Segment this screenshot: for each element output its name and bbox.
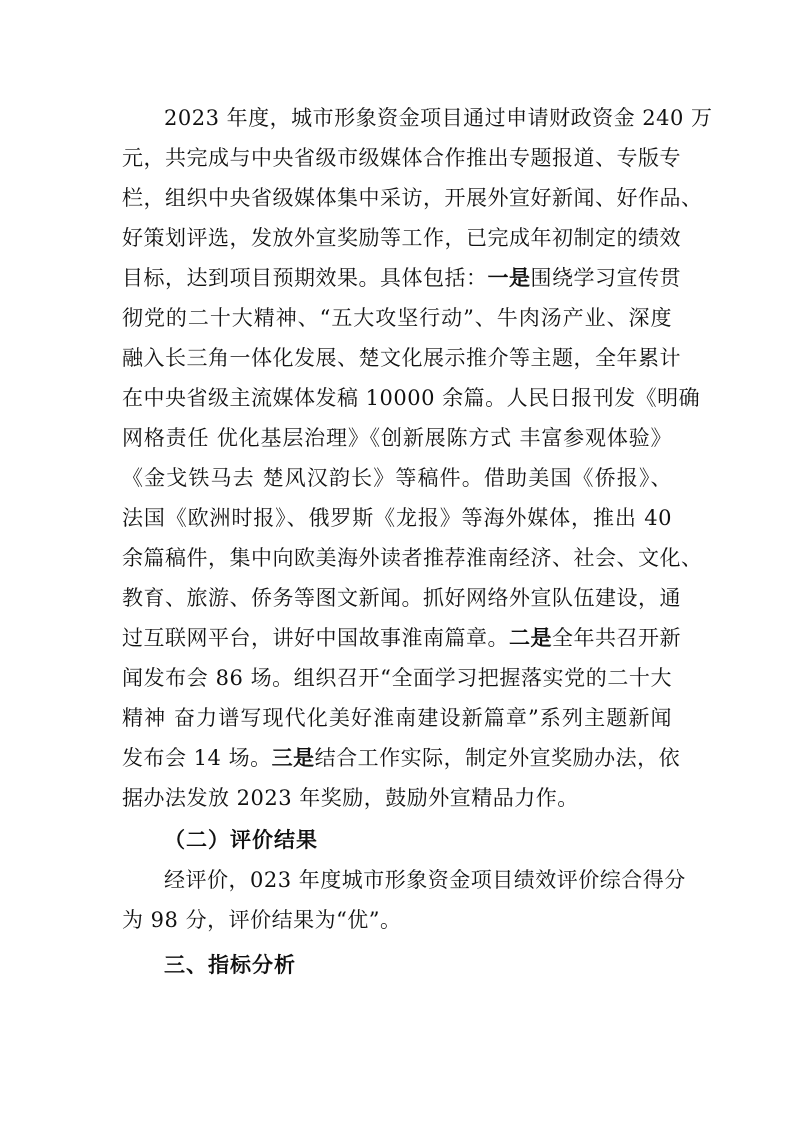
body-line: 在中央省级主流媒体发稿 10000 余篇。人民日报刊发《明确 (122, 378, 672, 418)
body-line: 经评价，023 年度城市形象资金项目绩效评价综合得分 (164, 860, 672, 900)
emphasis-third: 三是 (272, 746, 315, 770)
body-line: 发布会 14 场。三是结合工作实际，制定外宣奖励办法，依 (122, 738, 672, 778)
text-run: 围绕学习宣传贯 (531, 266, 682, 290)
document-page: 2023 年度，城市形象资金项目通过申请财政资金 240 万 元，共完成与中央省… (0, 0, 793, 1122)
text-run: 过互联网平台，讲好中国故事淮南篇章。 (122, 626, 509, 650)
body-line: 闻发布会 86 场。组织召开“全面学习把握落实党的二十大 (122, 658, 672, 698)
body-line: 目标，达到项目预期效果。具体包括：一是围绕学习宣传贯 (122, 258, 672, 298)
body-line: 余篇稿件，集中向欧美海外读者推荐淮南经济、社会、文化、 (122, 538, 672, 578)
body-line: 栏，组织中央省级媒体集中采访，开展外宣好新闻、好作品、 (122, 178, 672, 218)
body-line: 过互联网平台，讲好中国故事淮南篇章。二是全年共召开新 (122, 618, 672, 658)
body-line: 元，共完成与中央省级市级媒体合作推出专题报道、专版专 (122, 138, 672, 178)
body-line: 为 98 分，评价结果为“优”。 (122, 900, 672, 940)
section-heading-evaluation-result: （二）评价结果 (164, 820, 318, 860)
body-line: 教育、旅游、侨务等图文新闻。抓好网络外宣队伍建设，通 (122, 578, 672, 618)
body-line: 彻党的二十大精神、“五大攻坚行动”、牛肉汤产业、深度 (122, 298, 672, 338)
body-line: 融入长三角一体化发展、楚文化展示推介等主题，全年累计 (122, 338, 672, 378)
text-run: 发布会 14 场。 (122, 746, 272, 770)
body-line: 据办法发放 2023 年奖励，鼓励外宣精品力作。 (122, 778, 672, 818)
body-line: 精神 奋力谱写现代化美好淮南建设新篇章”系列主题新闻 (122, 698, 672, 738)
body-line: 网格责任 优化基层治理》《创新展陈方式 丰富参观体验》 (122, 418, 672, 458)
body-line: 法国《欧洲时报》、俄罗斯《龙报》等海外媒体，推出 40 (122, 498, 672, 538)
body-line: 好策划评选，发放外宣奖励等工作，已完成年初制定的绩效 (122, 218, 672, 258)
text-run: 目标，达到项目预期效果。具体包括： (122, 266, 488, 290)
body-line: 《金戈铁马去 楚风汉韵长》等稿件。借助美国《侨报》、 (122, 458, 672, 498)
emphasis-second: 二是 (509, 626, 552, 650)
text-run: 结合工作实际，制定外宣奖励办法，依 (315, 746, 681, 770)
body-line: 2023 年度，城市形象资金项目通过申请财政资金 240 万 (164, 98, 672, 138)
text-run: 全年共召开新 (552, 626, 681, 650)
section-heading-indicator-analysis: 三、指标分析 (164, 945, 296, 985)
emphasis-first: 一是 (488, 266, 531, 290)
